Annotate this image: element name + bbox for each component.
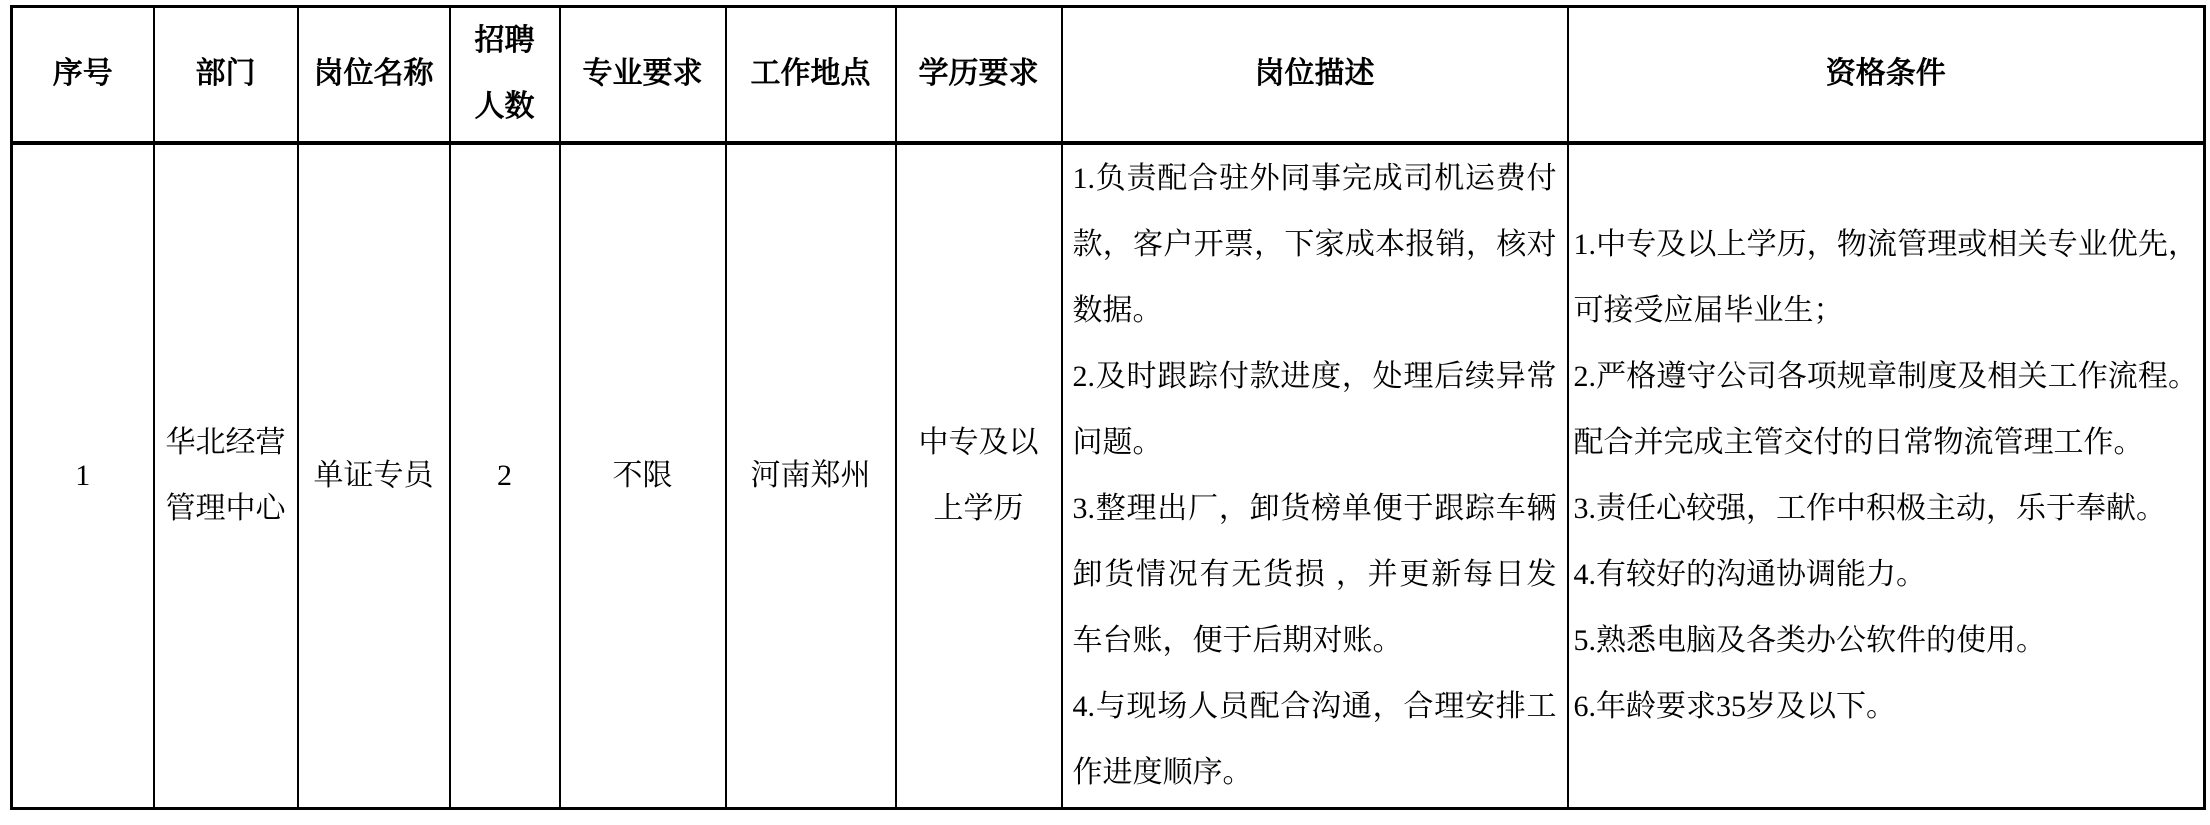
qualification-item-2: 2.严格遵守公司各项规章制度及相关工作流程。配合并完成主管交付的日常物流管理工作… (1574, 344, 2199, 476)
table-row: 1 华北经营管理中心 单证专员 2 不限 河南郑州 中专及以上学历 1.负责配合… (12, 143, 2205, 809)
header-cell-headcount: 招聘人数 (450, 7, 560, 143)
header-cell-education: 学历要求 (896, 7, 1062, 143)
cell-education: 中专及以上学历 (896, 143, 1062, 809)
header-row: 序号 部门 岗位名称 招聘人数 专业要求 工作地点 学历要求 岗位描述 资格条件 (12, 7, 2205, 143)
description-item-3: 3.整理出厂，卸货榜单便于跟踪车辆卸货情况有无货损 ，并更新每日发车台账，便于后… (1073, 476, 1557, 674)
header-cell-seq: 序号 (12, 7, 154, 143)
description-item-2: 2.及时跟踪付款进度，处理后续异常问题。 (1073, 344, 1557, 476)
description-item-1: 1.负责配合驻外同事完成司机运费付款，客户开票，下家成本报销，核对数据。 (1073, 146, 1557, 344)
recruitment-table: 序号 部门 岗位名称 招聘人数 专业要求 工作地点 学历要求 岗位描述 资格条件… (10, 5, 2206, 810)
cell-description: 1.负责配合驻外同事完成司机运费付款，客户开票，下家成本报销，核对数据。 2.及… (1062, 143, 1568, 809)
header-cell-qualification: 资格条件 (1568, 7, 2205, 143)
cell-headcount: 2 (450, 143, 560, 809)
description-item-4: 4.与现场人员配合沟通，合理安排工作进度顺序。 (1073, 674, 1557, 806)
qualification-item-5: 5.熟悉电脑及各类办公软件的使用。 (1574, 608, 2199, 674)
header-cell-location: 工作地点 (726, 7, 896, 143)
cell-major: 不限 (560, 143, 726, 809)
cell-seq: 1 (12, 143, 154, 809)
qualification-item-3: 3.责任心较强，工作中积极主动，乐于奉献。 (1574, 476, 2199, 542)
cell-qualifications: 1.中专及以上学历，物流管理或相关专业优先，可接受应届毕业生； 2.严格遵守公司… (1568, 143, 2205, 809)
cell-department: 华北经营管理中心 (154, 143, 298, 809)
document-sheet: 序号 部门 岗位名称 招聘人数 专业要求 工作地点 学历要求 岗位描述 资格条件… (10, 5, 2206, 810)
qualification-item-1: 1.中专及以上学历，物流管理或相关专业优先，可接受应届毕业生； (1574, 212, 2199, 344)
header-cell-description: 岗位描述 (1062, 7, 1568, 143)
qualification-item-6: 6.年龄要求35岁及以下。 (1574, 674, 2199, 740)
header-cell-department: 部门 (154, 7, 298, 143)
qualification-item-4: 4.有较好的沟通协调能力。 (1574, 542, 2199, 608)
header-cell-position: 岗位名称 (298, 7, 450, 143)
header-cell-major: 专业要求 (560, 7, 726, 143)
cell-position: 单证专员 (298, 143, 450, 809)
cell-location: 河南郑州 (726, 143, 896, 809)
